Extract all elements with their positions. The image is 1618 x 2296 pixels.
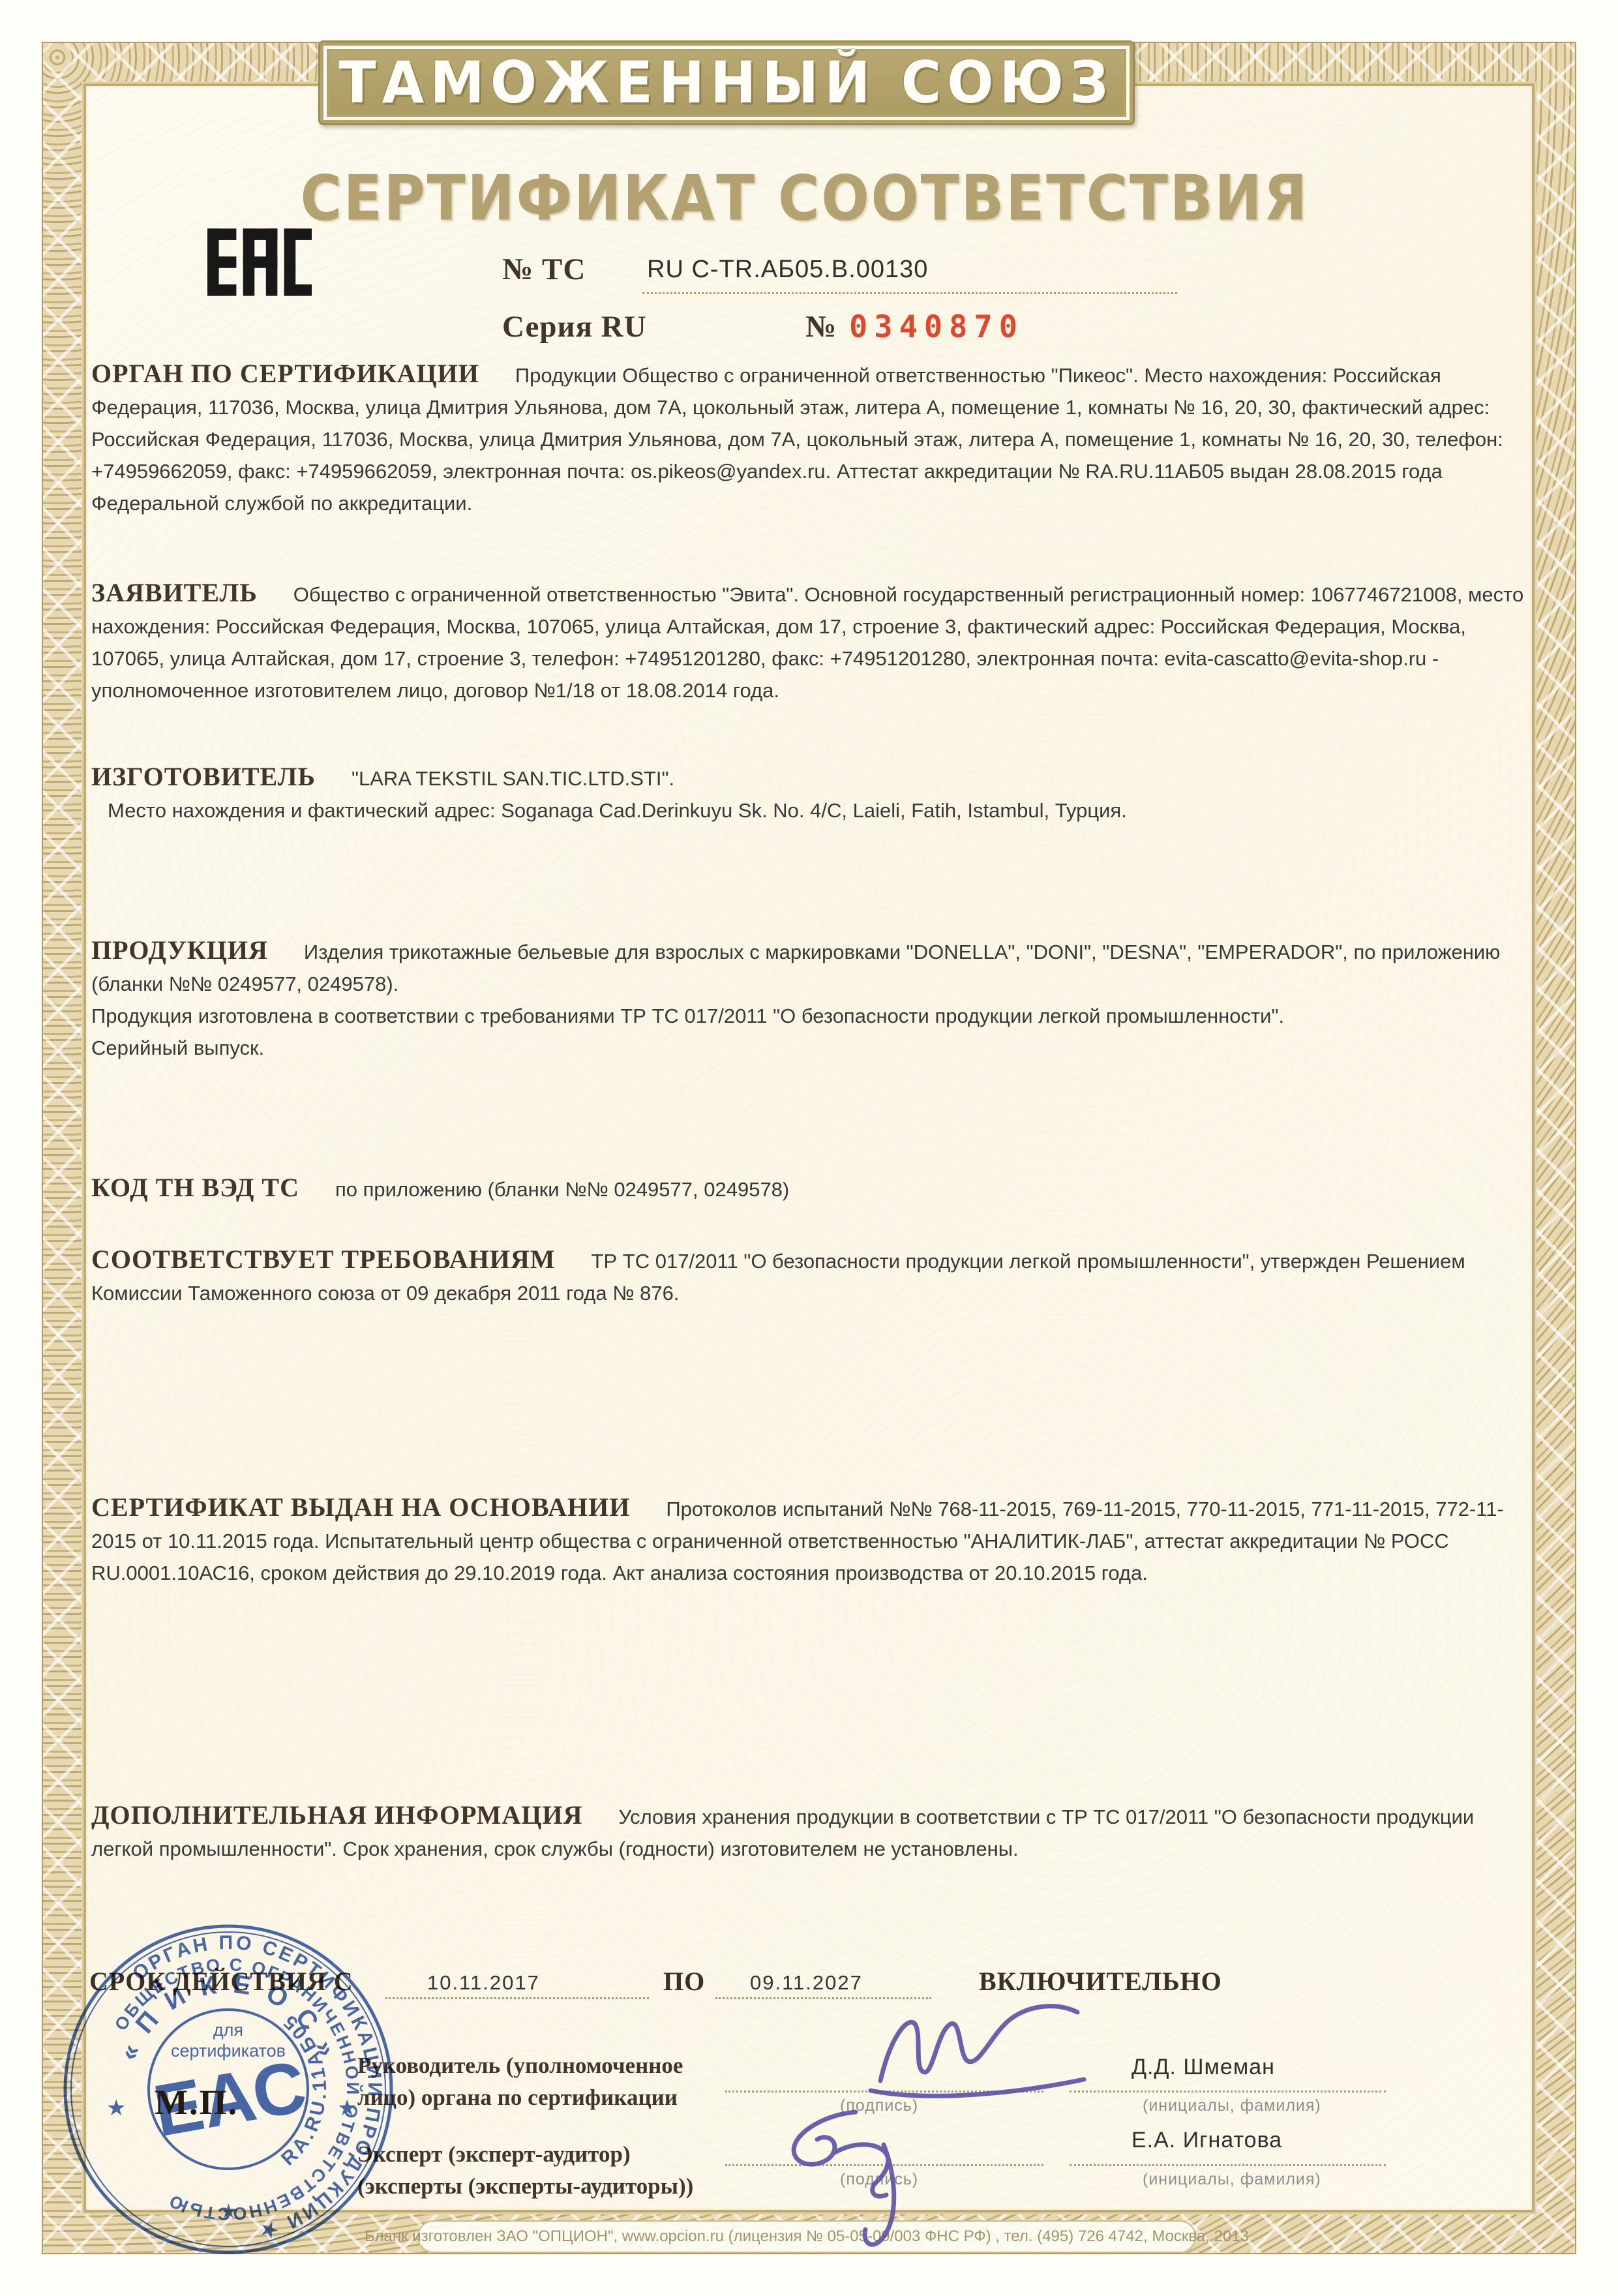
section-label: СООТВЕТСТВУЕТ ТРЕБОВАНИЯМ <box>91 1245 556 1274</box>
section-paragraph: СЕРТИФИКАТ ВЫДАН НА ОСНОВАНИИПротоколов … <box>91 1491 1536 1589</box>
section-text: Продукция изготовлена в соответствии с т… <box>91 1004 1284 1027</box>
series-number: 0340870 <box>849 309 1024 345</box>
certificate-page: ТАМОЖЕННЫЙ СОЮЗ СЕРТИФИКАТ СООТВЕТСТВИЯ … <box>0 0 1618 2296</box>
stamp-small-text-1: для <box>213 2020 243 2040</box>
head-signature-ink <box>871 2079 1084 2096</box>
signature-ink-overlay <box>685 1983 1141 2257</box>
number-underline <box>642 292 1177 294</box>
section-paragraph: Продукция изготовлена в соответствии с т… <box>91 1000 1536 1032</box>
expert-signature-ink <box>794 2112 856 2164</box>
section-label: ОРГАН ПО СЕРТИФИКАЦИИ <box>91 359 479 388</box>
stamp-star-left: ★ <box>106 2096 126 2121</box>
section-certification-body: ОРГАН ПО СЕРТИФИКАЦИИПродукции Общество … <box>91 357 1536 519</box>
section-complies: СООТВЕТСТВУЕТ ТРЕБОВАНИЯМТР ТС 017/2011 … <box>91 1243 1536 1309</box>
customs-union-banner: ТАМОЖЕННЫЙ СОЮЗ <box>318 40 1135 125</box>
section-paragraph: ЗАЯВИТЕЛЬОбщество с ограниченной ответст… <box>91 577 1536 706</box>
head-signature-ink <box>880 2006 1077 2081</box>
number-label: № ТС <box>502 252 586 287</box>
expert-signature-label: Эксперт (эксперт-аудитор) (эксперты (экс… <box>357 2138 736 2202</box>
section-label: ПРОДУКЦИЯ <box>91 935 268 965</box>
section-paragraph: КОД ТН ВЭД ТСпо приложению (бланки №№ 02… <box>91 1171 1536 1205</box>
name-caption: (инициалы, фамилия) <box>1143 2170 1321 2189</box>
certificate-title: СЕРТИФИКАТ СООТВЕТСТВИЯ <box>300 162 1159 234</box>
section-label: СЕРТИФИКАТ ВЫДАН НА ОСНОВАНИИ <box>91 1492 630 1522</box>
stamp-star-bottom: ★ <box>220 2201 237 2222</box>
seal-place-label: М.П. <box>155 2082 238 2122</box>
section-paragraph: ИЗГОТОВИТЕЛЬ"LARA TEKSTIL SAN.TIC.LTD.ST… <box>91 761 1536 794</box>
number-value: RU C-TR.АБ05.В.00130 <box>647 256 928 284</box>
section-text: Место нахождения и фактический адрес: So… <box>108 799 1127 822</box>
section-text: Общество с ограниченной ответственностью… <box>91 583 1523 702</box>
section-additional-info: ДОПОЛНИТЕЛЬНАЯ ИНФОРМАЦИЯУсловия хранени… <box>91 1799 1536 1865</box>
section-paragraph: СООТВЕТСТВУЕТ ТРЕБОВАНИЯМТР ТС 017/2011 … <box>91 1243 1536 1309</box>
section-text: "LARA TEKSTIL SAN.TIC.LTD.STI". <box>352 767 674 790</box>
date-from-underline <box>385 1997 649 1999</box>
series-numero-sign: № <box>805 309 837 344</box>
head-name: Д.Д. Шмеман <box>1131 2055 1275 2080</box>
stamp-star-right: ★ <box>337 2096 357 2121</box>
section-label: ЗАЯВИТЕЛЬ <box>91 578 258 607</box>
section-label: КОД ТН ВЭД ТС <box>91 1173 299 1202</box>
section-applicant: ЗАЯВИТЕЛЬОбщество с ограниченной ответст… <box>91 577 1536 706</box>
section-basis: СЕРТИФИКАТ ВЫДАН НА ОСНОВАНИИПротоколов … <box>91 1491 1536 1589</box>
section-paragraph: ДОПОЛНИТЕЛЬНАЯ ИНФОРМАЦИЯУсловия хранени… <box>91 1799 1536 1865</box>
section-products: ПРОДУКЦИЯИзделия трикотажные бельевые дл… <box>91 934 1536 1064</box>
section-paragraph: Серийный выпуск. <box>91 1032 1536 1064</box>
section-text: Изделия трикотажные бельевые для взрослы… <box>91 941 1500 995</box>
section-paragraph: ОРГАН ПО СЕРТИФИКАЦИИПродукции Общество … <box>91 357 1536 519</box>
head-signature-label: Руководитель (уполномоченное лицо) орган… <box>357 2049 723 2113</box>
section-label: ДОПОЛНИТЕЛЬНАЯ ИНФОРМАЦИЯ <box>91 1800 582 1830</box>
expert-signature-ink <box>835 2145 888 2196</box>
validity-date-from: 10.11.2017 <box>427 1971 540 1995</box>
section-manufacturer: ИЗГОТОВИТЕЛЬ"LARA TEKSTIL SAN.TIC.LTD.ST… <box>91 761 1536 826</box>
section-paragraph: Место нахождения и фактический адрес: So… <box>91 794 1536 826</box>
section-text: Серийный выпуск. <box>91 1036 264 1059</box>
name-caption: (инициалы, фамилия) <box>1143 2096 1321 2115</box>
expert-name: Е.А. Игнатова <box>1131 2128 1282 2153</box>
section-tnved: КОД ТН ВЭД ТСпо приложению (бланки №№ 02… <box>91 1171 1536 1205</box>
section-text: по приложению (бланки №№ 0249577, 024957… <box>335 1178 789 1201</box>
customs-union-title: ТАМОЖЕННЫЙ СОЮЗ <box>338 50 1114 117</box>
series-label: Серия RU <box>502 309 647 344</box>
section-label: ИЗГОТОВИТЕЛЬ <box>91 762 316 791</box>
section-paragraph: ПРОДУКЦИЯИзделия трикотажные бельевые дл… <box>91 934 1536 1000</box>
eac-mark-icon <box>207 213 312 312</box>
